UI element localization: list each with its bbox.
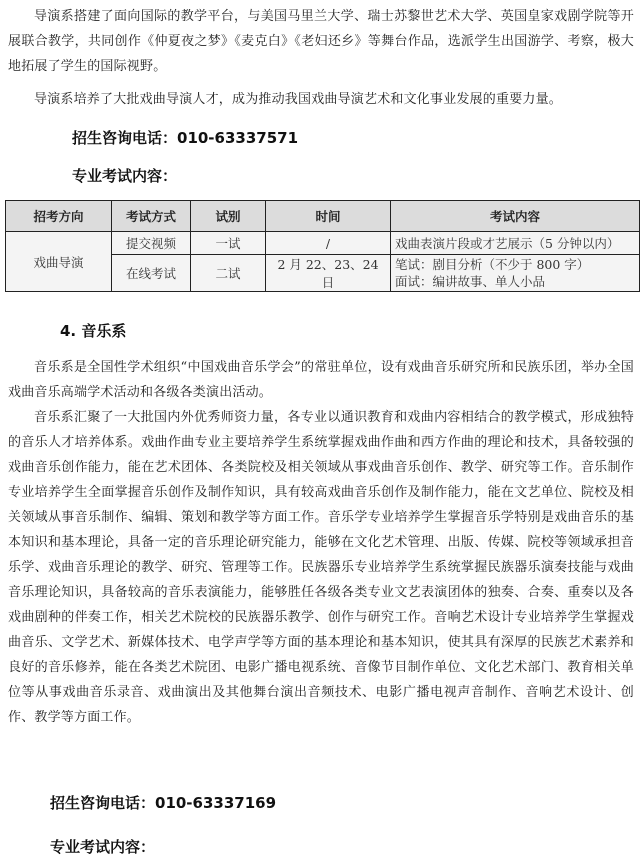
content-line-interview: 面试：编讲故事、单人小品 [395, 273, 635, 290]
table-header-row: 招考方向 考试方式 试别 时间 考试内容 [6, 201, 640, 232]
cell-time: / [266, 232, 391, 255]
directing-paragraph-2: 导演系培养了大批戏曲导演人才，成为推动我国戏曲导演艺术和文化事业发展的重要力量。 [8, 87, 634, 112]
music-section-title: 4. 音乐系 [60, 320, 126, 341]
header-direction: 招考方向 [6, 201, 112, 232]
table-row: 戏曲导演 提交视频 一试 / 戏曲表演片段或才艺展示（5 分钟以内） [6, 232, 640, 255]
header-content: 考试内容 [391, 201, 640, 232]
cell-round: 一试 [191, 232, 266, 255]
content-line-written: 笔试：剧目分析（不少于 800 字） [395, 256, 635, 273]
cell-time: 2 月 22、23、24 日 [266, 255, 391, 292]
header-time: 时间 [266, 201, 391, 232]
cell-method: 提交视频 [112, 232, 191, 255]
cell-content: 戏曲表演片段或才艺展示（5 分钟以内） [391, 232, 640, 255]
header-round: 试别 [191, 201, 266, 232]
header-method: 考试方式 [112, 201, 191, 232]
cell-round: 二试 [191, 255, 266, 292]
cell-content: 笔试：剧目分析（不少于 800 字） 面试：编讲故事、单人小品 [391, 255, 640, 292]
music-phone: 招生咨询电话：010-63337169 [50, 792, 276, 813]
directing-phone: 招生咨询电话：010-63337571 [72, 127, 298, 148]
cell-direction: 戏曲导演 [6, 232, 112, 292]
directing-exam-table: 招考方向 考试方式 试别 时间 考试内容 戏曲导演 提交视频 一试 / 戏曲表演… [5, 200, 640, 292]
cell-method: 在线考试 [112, 255, 191, 292]
directing-exam-heading: 专业考试内容： [72, 165, 177, 186]
music-paragraph-1: 音乐系是全国性学术组织“中国戏曲音乐学会”的常驻单位，设有戏曲音乐研究所和民族乐… [8, 355, 634, 405]
music-exam-heading: 专业考试内容： [50, 836, 155, 857]
directing-paragraph-1: 导演系搭建了面向国际的教学平台，与美国马里兰大学、瑞士苏黎世艺术大学、英国皇家戏… [8, 4, 634, 79]
music-paragraph-2: 音乐系汇聚了一大批国内外优秀师资力量，各专业以通识教育和戏曲内容相结合的教学模式… [8, 405, 634, 730]
